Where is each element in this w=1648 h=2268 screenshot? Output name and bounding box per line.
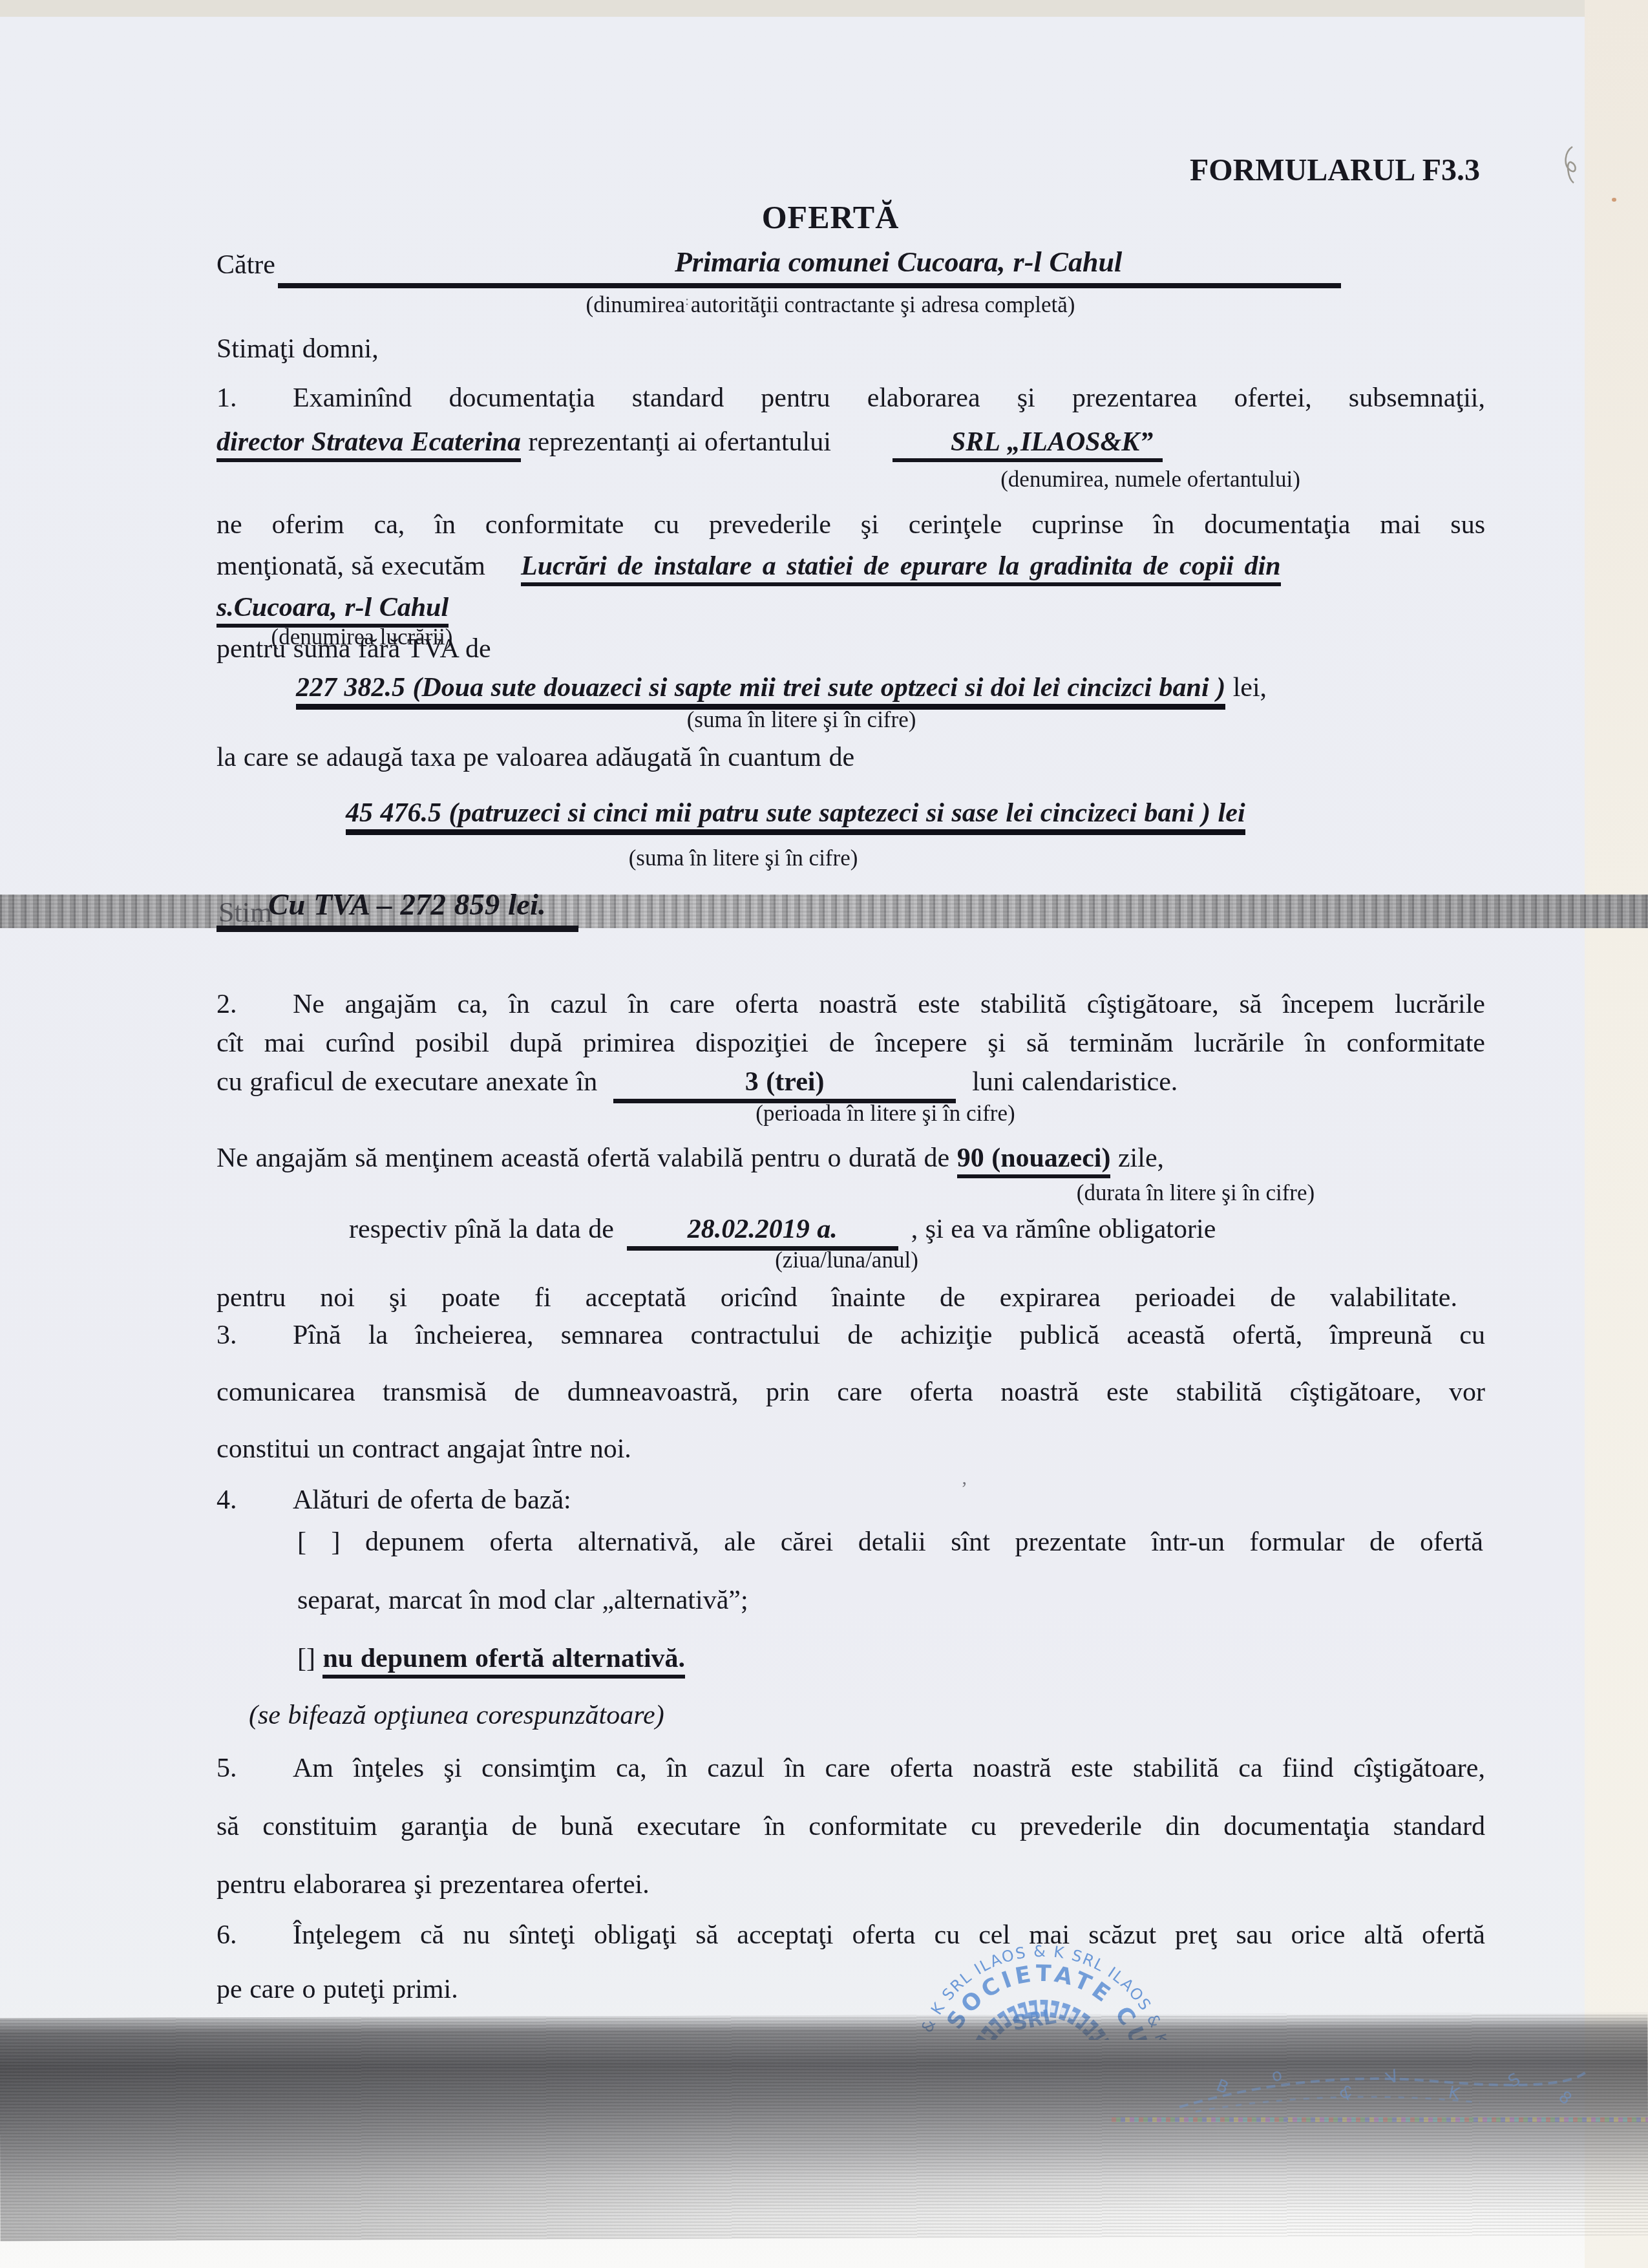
ink-speck-1: ’ [1055,676,1062,698]
para2-line3: cu graficul de executare anexate în3 (tr… [217,1065,1178,1103]
option2-line: [] nu depunem ofertă alternativă. [297,1642,685,1675]
para2-line3-lead: cu graficul de executare anexate în [217,1067,597,1097]
para3-line1: 3.Pînă la încheierea, semnarea contractu… [217,1319,1485,1352]
date-line: respectiv pînă la data de28.02.2019 a., … [349,1213,1216,1251]
para1-line5: s.Cucoara, r-l Cahul [217,591,449,624]
ink-speck-2: ’ [961,1478,967,1500]
sum-no-vat-value: 227 382.5 (Doua sute douazeci si sapte m… [296,673,1225,710]
para5-line3: pentru elaborarea şi prezentarea ofertei… [217,1868,650,1902]
duration-caption: (perioada în litere şi în cifre) [755,1101,1015,1127]
addressee-label: Către [217,248,275,282]
scan-shadow-band [0,2013,1648,2242]
scan-top-edge [0,0,1585,17]
para1-line1: 1.Examinînd documentaţia standard pentru… [217,381,1485,415]
work-title-line2: s.Cucoara, r-l Cahul [217,593,449,628]
sum-intro: pentru suma fără TVA de [217,632,491,666]
para6-line1: 6.Înţelegem că nu sînteţi obligaţi să ac… [217,1918,1485,1952]
option1-line1: [ ] depunem oferta alternativă, ale căre… [297,1525,1483,1559]
para4-head-text: Alături de oferta de bază: [293,1485,571,1515]
para4-number: 4. [217,1483,293,1517]
total-ghost-text: Stim [218,896,272,929]
work-title-line1: Lucrări de instalare a statiei de epurar… [521,551,1281,586]
para1-line2: director Strateva Ecaterina reprezentanţ… [217,425,1163,459]
validity-line: Ne angajăm să menţinem această ofertă va… [217,1141,1164,1175]
option1-line2: separat, marcat în mod clar „alternativă… [297,1584,748,1617]
representative-name: director Strateva Ecaterina [217,427,521,462]
date-value: 28.02.2019 a. [688,1214,838,1244]
vat-intro: la care se adaugă taxa pe valoarea adăug… [217,741,854,774]
option2-checkbox: [] [297,1644,322,1673]
fragment-letter: K [1447,2083,1463,2104]
pencil-squiggle-path [1566,147,1576,183]
para1-line1-text: Examinînd documentaţia standard pentru e… [293,383,1485,413]
para6-line1-text: Înţelegem că nu sînteţi obligaţi să acce… [293,1920,1485,1950]
addressee-underline [278,283,1341,288]
para3-line3: constitui un contract angajat între noi. [217,1432,631,1466]
validity-caption: (durata în litere şi în cifre) [1077,1180,1315,1206]
duration-blank: 3 (trei) [613,1065,956,1103]
fragment-letter: 8 [1555,2087,1576,2109]
vat-sum-value: 45 476.5 (patruzeci si cinci mii patru s… [346,798,1245,835]
total-underline [217,926,578,932]
fragment-letter: o [1269,2065,1284,2086]
addressee-caption: (dinumirea autorităţii contractante şi a… [586,292,1075,318]
para1-line4: menţionată, să executămLucrări de instal… [217,549,1281,583]
para1-line2-mid: reprezentanţi ai ofertantului [521,427,831,457]
para5-line1: 5.Am înţeles şi consimţim ca, în cazul î… [217,1752,1485,1785]
para5-line1-text: Am înţeles şi consimţim ca, în cazul în … [293,1754,1485,1783]
para6-line2: pe care o puteţi primi. [217,1973,458,2006]
stamp-fragment: B o & V K S 8 [1176,2059,1590,2114]
sum-caption-1: (suma în litere şi în cifre) [687,707,916,733]
total-with-vat: Cu TVA – 272 859 lei. [268,888,546,922]
date-blank: 28.02.2019 a. [627,1213,898,1251]
validity-days: 90 (nouazeci) [957,1143,1111,1178]
validity-tail-line: pentru noi şi poate fi acceptată oricînd… [217,1281,1457,1315]
option2-text: nu depunem ofertă alternativă. [322,1644,685,1679]
date-lead: respectiv pînă la data de [349,1214,614,1244]
para1-number: 1. [217,381,293,415]
scan-right-edge [1585,0,1648,2268]
date-caption: (ziua/luna/anul) [775,1247,918,1273]
rust-speck [1612,198,1616,202]
para2-line2: cît mai curînd posibil după primirea dis… [217,1026,1485,1060]
ink-speck-3: : [685,292,689,309]
para1-line4-lead: menţionată, să executăm [217,551,485,581]
para1-line3: ne oferim ca, în conformitate cu prevede… [217,508,1485,542]
sum-caption-2: (suma în litere şi în cifre) [629,845,858,871]
para3-line1-text: Pînă la încheierea, semnarea contractulu… [293,1320,1485,1350]
validity-lead: Ne angajăm să menţinem această ofertă va… [217,1143,957,1173]
para3-line2: comunicarea transmisă de dumneavoastră, … [217,1375,1485,1409]
duration-value: 3 (trei) [745,1067,825,1097]
vat-sum-line: 45 476.5 (patruzeci si cinci mii patru s… [346,796,1245,830]
pencil-squiggle [1561,145,1587,184]
scanline-color-noise [1112,2117,1648,2122]
sum-no-vat-tail: lei, [1225,673,1267,703]
validity-tail-word: zile, [1110,1143,1164,1173]
fragment-letter: S [1505,2070,1524,2092]
offeror-caption: (denumirea, numele ofertantului) [1000,467,1300,493]
fragment-letter: & [1336,2081,1357,2104]
stamp-fragment-arc [1179,2072,1587,2107]
scanned-offer-form: { "page": { "form_id": "FORMULARUL F3.3"… [0,0,1648,2268]
para2-line1: 2.Ne angajăm ca, în cazul în care oferta… [217,988,1485,1021]
offeror-name: SRL „ILAOS&K” [893,427,1163,462]
addressee-value: Primaria comunei Cucoara, r-l Cahul [675,246,1122,279]
salutation: Stimaţi domni, [217,332,379,366]
para2-number: 2. [217,988,293,1021]
para3-number: 3. [217,1319,293,1352]
form-id: FORMULARUL F3.3 [1190,154,1480,187]
para2-line1-text: Ne angajăm ca, în cazul în care oferta n… [293,990,1485,1019]
check-note: (se bifează opţiunea corespunzătoare) [249,1699,664,1732]
para5-number: 5. [217,1752,293,1785]
date-tail: , şi ea va rămîne obligatorie [911,1214,1216,1244]
para4-head: 4.Alături de oferta de bază: [217,1483,571,1517]
sum-no-vat-line: 227 382.5 (Doua sute douazeci si sapte m… [296,671,1267,705]
para5-line2: să constituim garanţia de bună executare… [217,1810,1485,1843]
para6-number: 6. [217,1918,293,1952]
para2-line3-tail: luni calendaristice. [972,1067,1178,1097]
page-title: OFERTĂ [762,200,900,234]
fragment-letter: V [1384,2066,1402,2089]
